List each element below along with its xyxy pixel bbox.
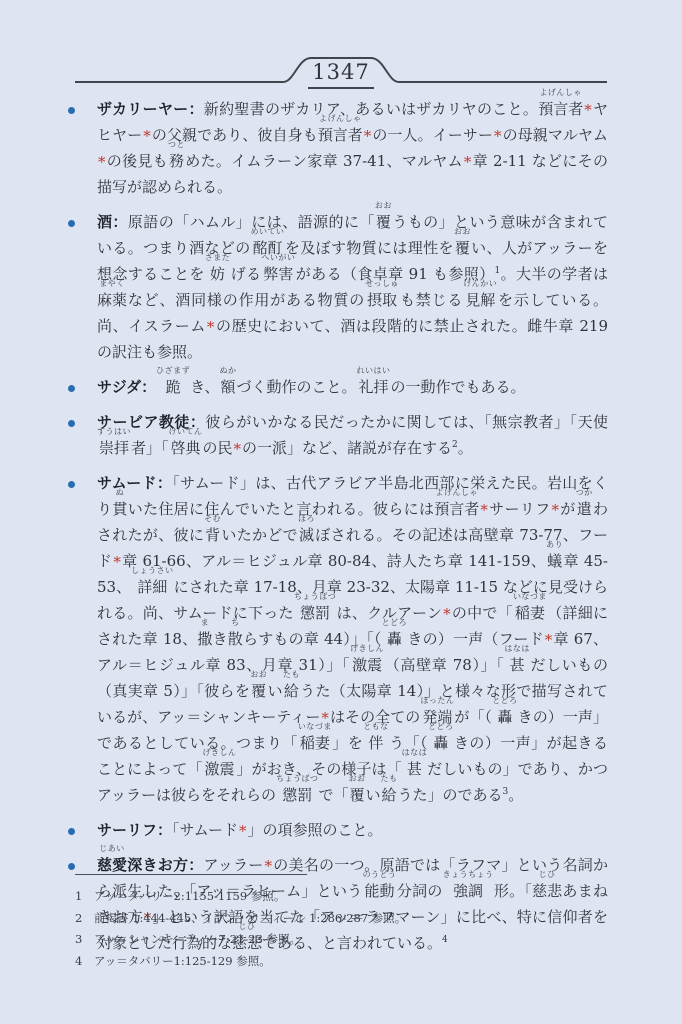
ruby-text: ぬ (116, 489, 125, 497)
footnote-list: 1アッ＝タバリー2:1155-1159 参照。2前掲書 1:444-445、イブ… (75, 886, 615, 972)
entry-text: 酒：原語の「ハムル」には、語源的に「覆おおうもの」という意味が含まれている。つま… (97, 209, 608, 365)
entry-term: 慈愛じあい深きお方： (97, 856, 204, 874)
ruby-annotated-text: 預言者よげんしゃ (538, 96, 583, 122)
footnote-number: 1 (75, 886, 85, 908)
text-run: （高壁章 78）」「 (384, 656, 504, 674)
ruby-text: ともな (363, 723, 389, 731)
ruby-text: まやく (99, 280, 125, 288)
glossary-entry: サーリフ：「サムード*」の項参照のこと。 (68, 817, 614, 843)
text-run: 」の項参照のこと。 (248, 821, 383, 839)
ruby-annotated-text: 給たも (283, 678, 300, 704)
entry-text: サジダ：跪ひざまずき、額ぬかづく動作のこと。礼拝れいはいの一動作でもある。 (97, 374, 608, 400)
ruby-text: おお (250, 671, 267, 679)
cross-ref-asterisk: * (207, 318, 215, 336)
ruby-annotated-text: 礼拝れいはい (357, 374, 391, 400)
text-run: アッラー (204, 856, 264, 874)
ruby-text: ほろ (298, 515, 315, 523)
text-run: き (212, 630, 227, 648)
page-header: 1347 (0, 0, 682, 100)
ruby-text: よげんしゃ (319, 115, 362, 123)
ruby-text: よげんしゃ (539, 89, 582, 97)
text-run: 。 (458, 439, 473, 457)
ruby-annotated-text: 轟とどろ (428, 730, 454, 756)
text-run: 新約聖書のザカリア、あるいはザカリヤのこと。 (204, 100, 538, 118)
bullet-icon (68, 107, 75, 114)
ruby-text: へいがい (261, 254, 295, 262)
ruby-annotated-text: 稲妻いなづま (513, 600, 547, 626)
ruby-text: げきしん (350, 645, 384, 653)
cross-ref-asterisk: * (234, 440, 242, 458)
cross-ref-asterisk: * (584, 101, 592, 119)
text-run: も禁じる (399, 291, 463, 309)
entry-text: ザカリーヤー：新約聖書のザカリア、あるいはザカリヤのこと。預言者よげんしゃ*ヤヒ… (97, 96, 608, 200)
entry-body: 跪ひざまずき、額ぬかづく動作のこと。礼拝れいはいの一動作でもある。 (156, 378, 525, 396)
cross-ref-asterisk: * (545, 631, 553, 649)
ruby-annotated-text: 額ぬか (220, 374, 237, 400)
ruby-annotated-text: 麻薬まやく (97, 287, 127, 313)
ruby-text: ち (231, 619, 240, 627)
ruby-text: とどろ (492, 697, 518, 705)
text-run: の民 (203, 439, 233, 457)
text-run: い (365, 786, 380, 804)
ruby-text: つか (576, 489, 593, 497)
ruby-annotated-text: 覆おお (454, 235, 471, 261)
entry-term: 酒： (97, 213, 128, 231)
cross-ref-asterisk: * (551, 501, 559, 519)
ruby-text: ちょうばつ (276, 775, 319, 783)
ruby-text: すうはい (97, 428, 131, 436)
ruby-text: たも (380, 775, 397, 783)
ruby-annotated-text: 詳細しょうさい (131, 574, 174, 600)
cross-ref-asterisk: * (143, 127, 151, 145)
ruby-text: よげんしゃ (436, 489, 479, 497)
entry-body: 原語の「ハムル」には、語源的に「覆おおうもの」という意味が含まれている。つまり酒… (97, 213, 608, 361)
entry-text: サーリフ：「サムード*」の項参照のこと。 (97, 817, 608, 843)
ruby-text: れいはい (357, 367, 391, 375)
ruby-text: ぬか (220, 367, 237, 375)
glossary-list: ザカリーヤー：新約聖書のザカリア、あるいはザカリヤのこと。預言者よげんしゃ*ヤヒ… (68, 96, 614, 965)
ruby-text: けいてん (169, 428, 203, 436)
text-run: 」がおき、その様子は「 (236, 760, 401, 778)
ruby-text: おお (454, 228, 471, 236)
ruby-text: とどろ (382, 619, 408, 627)
ruby-text: あり (546, 541, 563, 549)
entry-text: サービア教徒：彼らがいかなる民だったかに関しては、「無宗教者」「天使崇拝すうはい… (97, 409, 608, 461)
text-run: サジダ： (97, 378, 156, 396)
ruby-text: じあい (99, 845, 125, 853)
text-run: で「 (318, 786, 348, 804)
ruby-text: ひざまず (156, 367, 190, 375)
ruby-annotated-text: 妨さまた (205, 261, 231, 287)
footnote-text: アッ＝シャンキーティー7:21-23 参照。 (94, 932, 301, 946)
footnote-separator (75, 874, 307, 875)
bullet-icon (68, 828, 75, 835)
cross-ref-asterisk: * (480, 501, 488, 519)
cross-ref-asterisk: * (113, 553, 121, 571)
ruby-annotated-text: 遣つか (576, 496, 593, 522)
ruby-annotated-text: 啓典けいてん (169, 435, 203, 461)
text-run: ザカリーヤー： (97, 100, 204, 118)
text-run: など、酒同様の作用がある物質の (127, 291, 365, 309)
cross-ref-asterisk: * (443, 605, 451, 623)
ruby-annotated-text: 弊害へいがい (261, 261, 295, 287)
footnotes-section: 1アッ＝タバリー2:1155-1159 参照。2前掲書 1:444-445、イブ… (75, 874, 615, 972)
ruby-text: おお (348, 775, 365, 783)
ruby-text: けんかい (463, 280, 497, 288)
text-run: めた。イムラーン家章 37-41、マルヤム (185, 152, 463, 170)
ruby-annotated-text: 伴ともな (363, 730, 389, 756)
ruby-text: いなづま (513, 593, 547, 601)
text-run: サムード： (97, 474, 172, 492)
footnote-number: 2 (75, 908, 85, 930)
text-run: 者」「 (131, 439, 169, 457)
glossary-entry: 酒：原語の「ハムル」には、語源的に「覆おおうもの」という意味が含まれている。つま… (68, 209, 614, 365)
text-run: の一派」など、諸説が存在する (242, 439, 452, 457)
ruby-annotated-text: 稲妻いなづま (298, 730, 332, 756)
footnote: 4アッ＝タバリー1:125-129 参照。 (75, 951, 615, 973)
ruby-annotated-text: 轟とどろ (382, 626, 408, 652)
ruby-annotated-text: 崇拝すうはい (97, 435, 131, 461)
ruby-text: とどろ (428, 723, 454, 731)
bullet-icon (68, 863, 75, 870)
entry-body: 「サムード」は、古代アラビア半島北西部に栄えた民。岩山をくり貫ぬいた住居に住んで… (97, 474, 608, 804)
glossary-entry: サービア教徒：彼らがいかなる民だったかに関しては、「無宗教者」「天使崇拝すうはい… (68, 409, 614, 461)
text-run: 彼らがいかなる民だったかに関しては、「無宗教者」「天使 (205, 413, 608, 431)
ruby-annotated-text: 撒ま (197, 626, 212, 652)
entry-body: 「サムード*」の項参照のこと。 (172, 821, 383, 839)
ruby-text: さまた (205, 254, 231, 262)
entry-text: サムード：「サムード」は、古代アラビア半島北西部に栄えた民。岩山をくり貫ぬいた住… (97, 470, 608, 808)
cross-ref-asterisk: * (98, 153, 106, 171)
ruby-annotated-text: 甚はなは (402, 756, 428, 782)
ruby-annotated-text: 甚はなは (504, 652, 530, 678)
text-run: が (560, 500, 576, 518)
cross-ref-asterisk: * (464, 153, 472, 171)
ruby-annotated-text: 摂取せっしゅ (365, 287, 399, 313)
text-run: き、 (190, 378, 219, 396)
text-run: 「サムード (172, 821, 238, 839)
text-run: げる (230, 265, 261, 283)
ruby-annotated-text: 覆おお (375, 209, 392, 235)
ruby-annotated-text: 懲罰ちょうばつ (276, 782, 319, 808)
text-run: 深きお方： (127, 856, 204, 874)
text-run: の後見も (107, 152, 168, 170)
ruby-annotated-text: 覆おお (250, 678, 267, 704)
text-run: うた」のである (397, 786, 502, 804)
entry-term: サムード： (97, 474, 172, 492)
ruby-annotated-text: 見解けんかい (463, 287, 497, 313)
ruby-annotated-text: 預言者よげんしゃ (318, 122, 363, 148)
entry-term: サーリフ： (97, 821, 172, 839)
glossary-entry: サムード：「サムード」は、古代アラビア半島北西部に栄えた民。岩山をくり貫ぬいた住… (68, 470, 614, 808)
ruby-annotated-text: 務つと (168, 148, 185, 174)
text-run: サーリフ： (97, 821, 172, 839)
ruby-text: ちょうばつ (294, 593, 337, 601)
text-run: いた住居に住んでいたと言われる。彼らには (127, 500, 434, 518)
entry-term: サジダ： (97, 378, 156, 396)
ruby-annotated-text: 貫ぬ (112, 496, 127, 522)
footnote-text: 前掲書 1:444-445、イブン・カスィール 1:286-287 参照。 (94, 911, 406, 925)
text-run: 章 61-66、アル＝ヒジュル章 80-84、詩人たち章 141-159、 (122, 552, 546, 570)
entry-term: ザカリーヤー： (97, 100, 204, 118)
ruby-annotated-text: 滅ほろ (298, 522, 315, 548)
bullet-icon (68, 385, 75, 392)
ruby-annotated-text: 給たも (380, 782, 397, 808)
footnote-number: 4 (75, 951, 85, 973)
ruby-text: はなは (402, 749, 428, 757)
ruby-annotated-text: 轟とどろ (492, 704, 518, 730)
ruby-text: つと (168, 141, 185, 149)
text-run: 。大半の学者は (500, 265, 608, 283)
footnote: 1アッ＝タバリー2:1155-1159 参照。 (75, 886, 615, 908)
text-run: 酒： (97, 213, 128, 231)
ruby-text: しょうさい (131, 567, 174, 575)
text-run: サーリフ (489, 500, 551, 518)
ruby-annotated-text: 激震げきしん (202, 756, 236, 782)
text-run: の母親マルヤム (503, 126, 608, 144)
footnote: 2前掲書 1:444-445、イブン・カスィール 1:286-287 参照。 (75, 908, 615, 930)
book-page: 1347 ザカリーヤー：新約聖書のザカリア、あるいはザカリヤのこと。預言者よげん… (0, 0, 682, 1024)
text-run: づく動作のこと。 (237, 378, 357, 396)
footnote: 3アッ＝シャンキーティー7:21-23 参照。 (75, 929, 615, 951)
bullet-icon (68, 481, 75, 488)
footnote-text: アッ＝タバリー1:125-129 参照。 (94, 954, 271, 968)
text-run: いたかどで (221, 526, 298, 544)
ruby-annotated-text: 懲罰ちょうばつ (294, 600, 337, 626)
text-run: の中で「 (452, 604, 513, 622)
footnote-text: アッ＝タバリー2:1155-1159 参照。 (94, 889, 285, 903)
text-run: 」を (332, 734, 363, 752)
ruby-annotated-text: 預言者よげんしゃ (434, 496, 479, 522)
cross-ref-asterisk: * (239, 822, 247, 840)
bullet-icon (68, 420, 75, 427)
ruby-text: そむ (204, 515, 221, 523)
ruby-annotated-text: 散ち (228, 626, 243, 652)
text-run: を及ぼす物質には理性を (285, 239, 454, 257)
ruby-text: めいてい (251, 228, 285, 236)
bullet-icon (68, 220, 75, 227)
ruby-text: ほったん (420, 697, 454, 705)
text-run: 。 (508, 786, 523, 804)
ruby-annotated-text: 激震げきしん (350, 652, 384, 678)
cross-ref-asterisk: * (364, 127, 372, 145)
page-number: 1347 (312, 60, 369, 84)
ruby-text: げきしん (202, 749, 236, 757)
glossary-entry: ザカリーヤー：新約聖書のザカリア、あるいはザカリヤのこと。預言者よげんしゃ*ヤヒ… (68, 96, 614, 200)
ruby-text: せっしゅ (365, 280, 399, 288)
ruby-text: ま (201, 619, 210, 627)
text-run: が「（ (454, 708, 492, 726)
ruby-text: いなづま (298, 723, 332, 731)
ruby-annotated-text: 蟻あり (546, 548, 563, 574)
ruby-annotated-text: 跪ひざまず (156, 374, 190, 400)
text-run: い (267, 682, 283, 700)
ruby-annotated-text: 覆おお (348, 782, 365, 808)
ruby-text: おお (375, 202, 392, 210)
text-run: の一人。イーサー (372, 126, 493, 144)
glossary-entry: サジダ：跪ひざまずき、額ぬかづく動作のこと。礼拝れいはいの一動作でもある。 (68, 374, 614, 400)
ruby-text: たも (283, 671, 300, 679)
cross-ref-asterisk: * (265, 857, 273, 875)
ruby-annotated-text: 背そむ (204, 522, 221, 548)
footnote-number: 3 (75, 929, 85, 951)
text-run: の一動作でもある。 (391, 378, 526, 396)
cross-ref-asterisk: * (494, 127, 502, 145)
ruby-text: はなは (504, 645, 530, 653)
